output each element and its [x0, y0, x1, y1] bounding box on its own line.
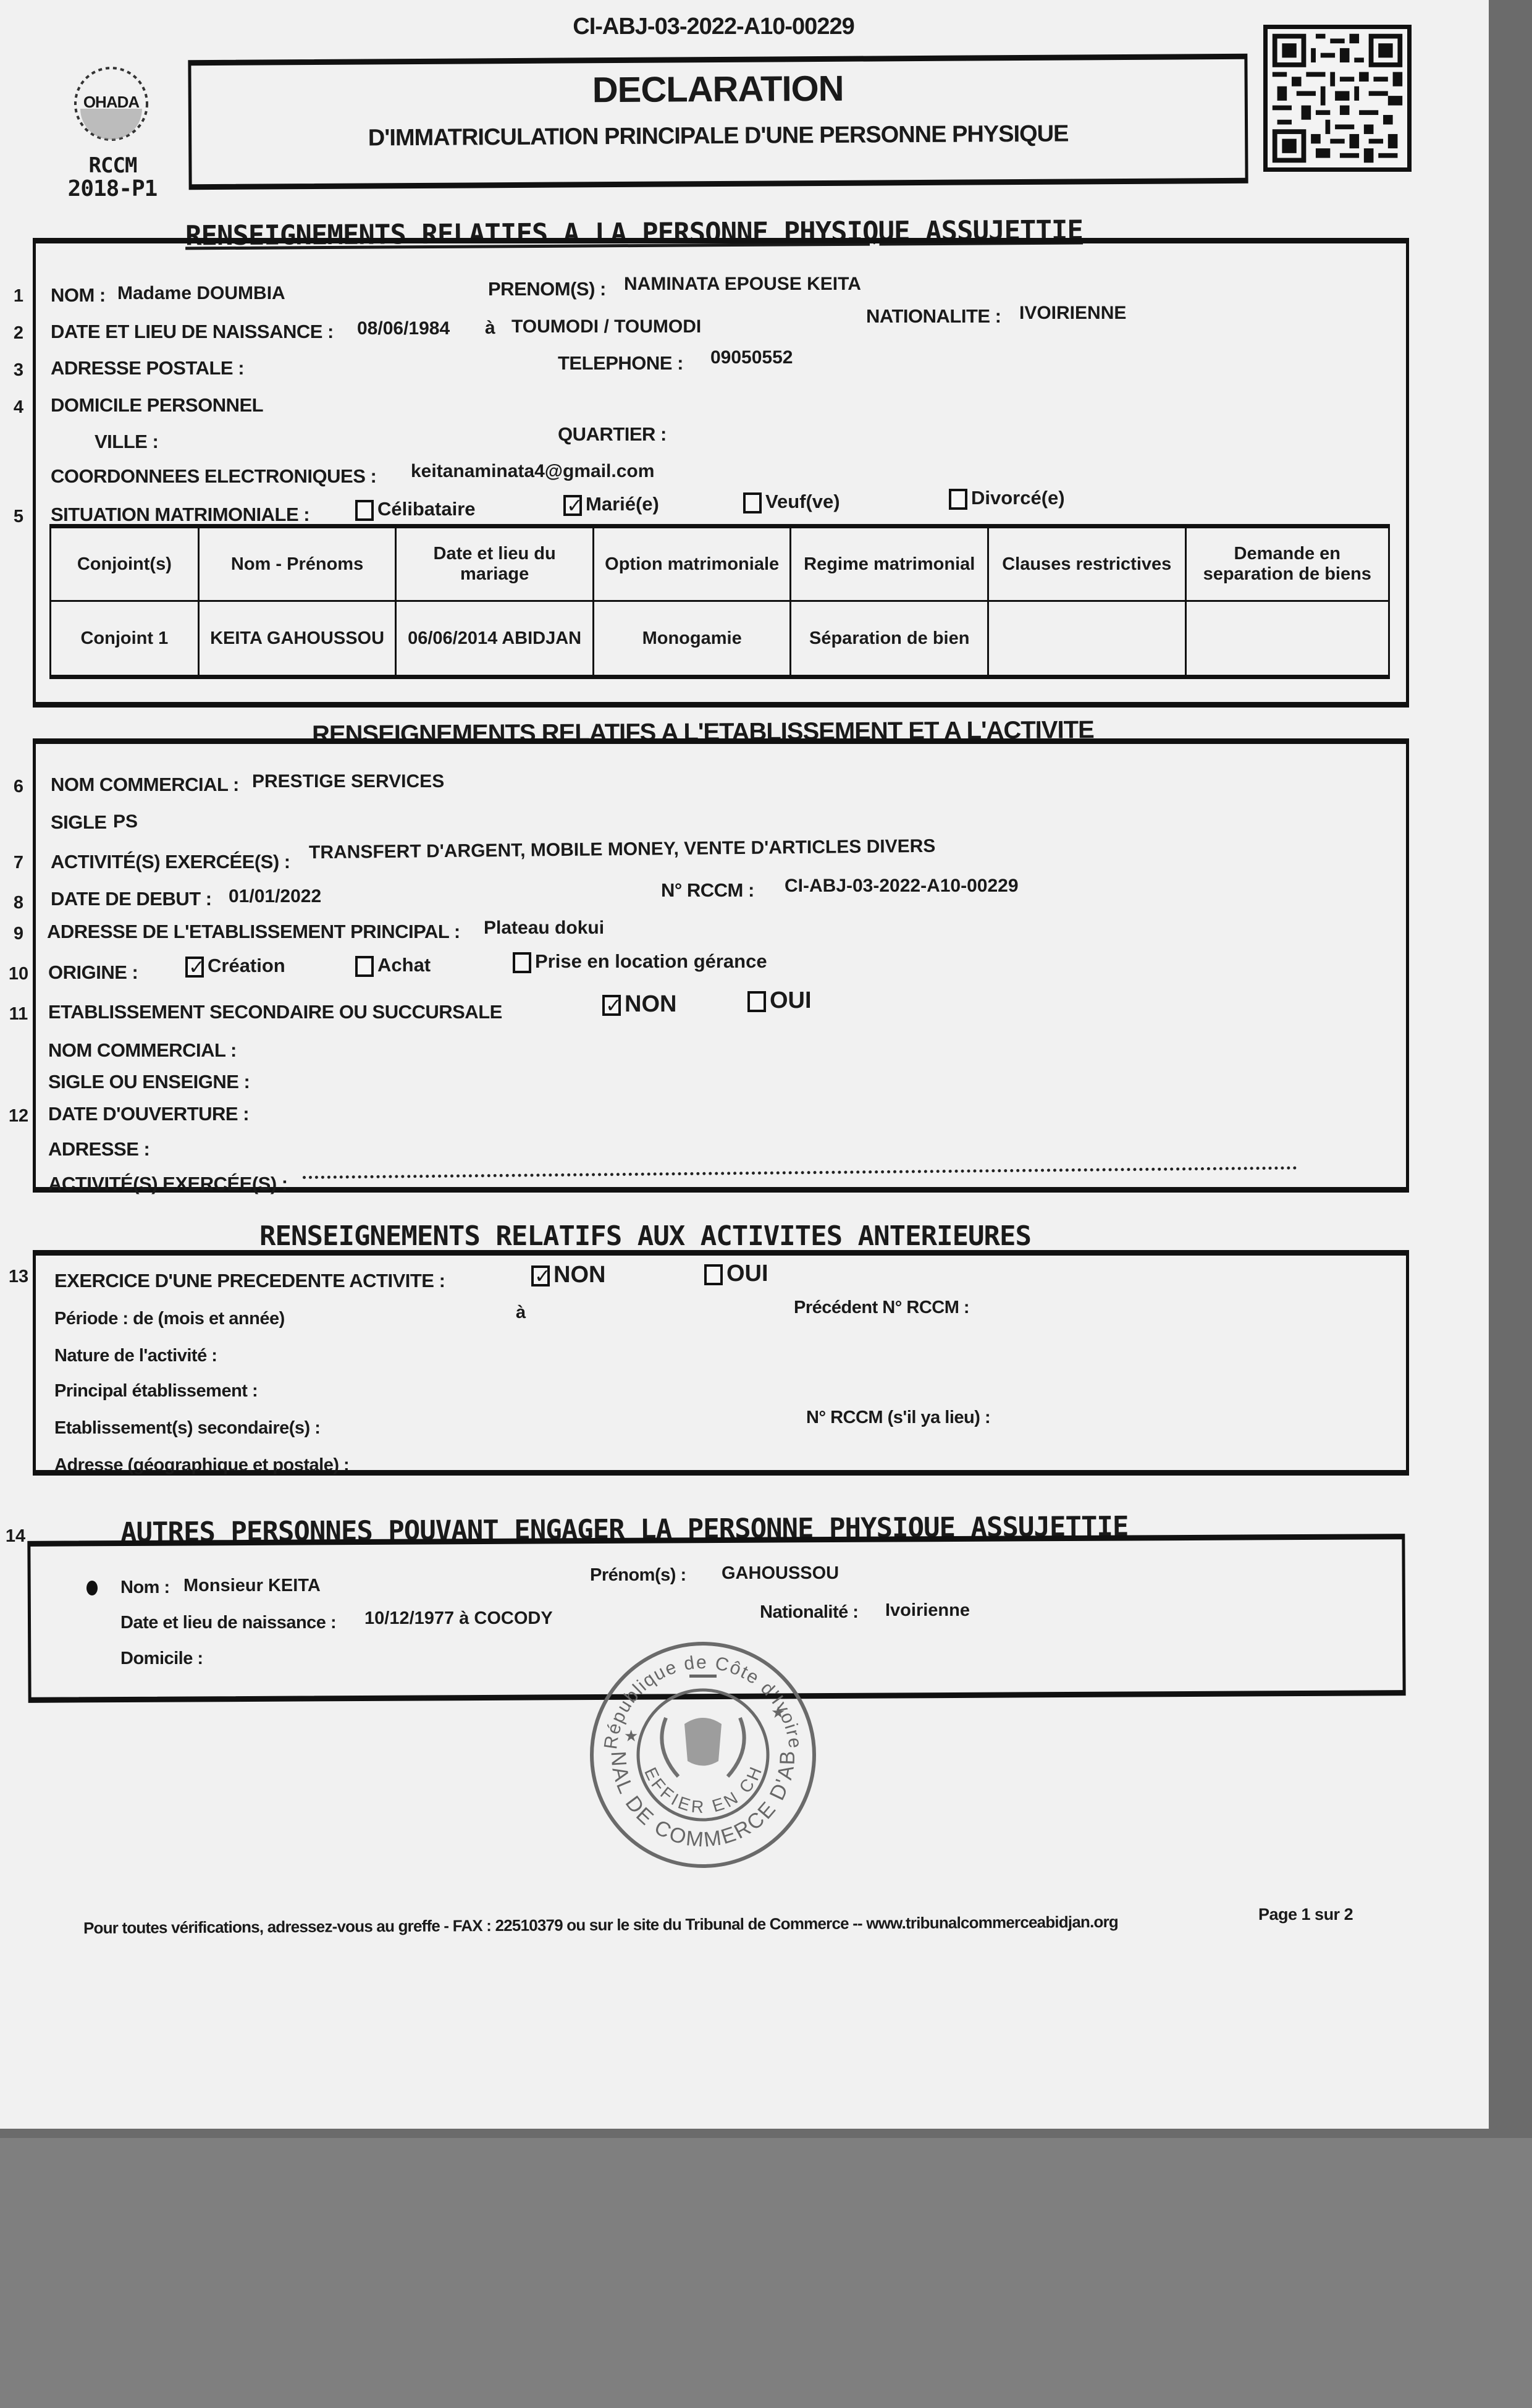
- sec-date-ouverture-label: DATE D'OUVERTURE :: [48, 1103, 249, 1125]
- precedent-rccm-label: Précédent N° RCCM :: [794, 1298, 969, 1318]
- stamp-seal-icon: République de Côte d'Ivoire TRIBUNAL DE …: [586, 1637, 820, 1872]
- form-code-version: 2018-P1: [44, 176, 180, 201]
- line-number-1: 1: [6, 286, 31, 306]
- sigle-value: PS: [113, 811, 138, 832]
- naissance-a: à: [485, 318, 495, 339]
- svg-text:★: ★: [771, 1703, 785, 1722]
- origine-option-creation[interactable]: Création: [185, 955, 285, 978]
- exercice-oui-label: OUI: [726, 1261, 768, 1286]
- autre-nationalite-value: Ivoirienne: [885, 1600, 970, 1621]
- title-box: DECLARATION D'IMMATRICULATION PRINCIPALE…: [188, 54, 1248, 190]
- conjoints-table: Conjoint(s) Nom - Prénoms Date et lieu d…: [49, 524, 1390, 679]
- cell-conjoint: Conjoint 1: [51, 601, 199, 677]
- form-code-rccm: RCCM: [68, 153, 158, 178]
- line-number-13: 13: [6, 1267, 31, 1287]
- qr-code-icon: [1263, 25, 1412, 172]
- divorce-label: Divorcé(e): [971, 487, 1065, 509]
- checkbox-exercice-oui[interactable]: [704, 1264, 723, 1285]
- checkbox-exercice-non[interactable]: [531, 1265, 550, 1286]
- rccm-number-top: CI-ABJ-03-2022-A10-00229: [0, 14, 1427, 40]
- checkbox-divorce[interactable]: [949, 489, 967, 510]
- col-clauses-restrictives: Clauses restrictives: [988, 526, 1186, 601]
- cell-clauses: [988, 601, 1186, 677]
- col-regime-matrimonial: Regime matrimonial: [791, 526, 988, 601]
- table-row: Conjoint 1 KEITA GAHOUSSOU 06/06/2014 AB…: [51, 601, 1389, 677]
- autre-nom-label: Nom :: [120, 1578, 170, 1598]
- telephone-label: TELEPHONE :: [558, 352, 683, 374]
- checkbox-secondaire-oui[interactable]: [747, 991, 766, 1012]
- sec-sigle-label: SIGLE OU ENSEIGNE :: [48, 1071, 250, 1093]
- nom-commercial-value: PRESTIGE SERVICES: [252, 771, 444, 792]
- situation-option-veuf[interactable]: Veuf(ve): [743, 491, 840, 513]
- line-number-11: 11: [6, 1004, 31, 1024]
- autre-domicile-label: Domicile :: [120, 1649, 203, 1669]
- line-number-8: 8: [6, 893, 31, 913]
- official-stamp: République de Côte d'Ivoire TRIBUNAL DE …: [586, 1637, 820, 1872]
- naissance-label: DATE ET LIEU DE NAISSANCE :: [51, 321, 334, 343]
- document-page: CI-ABJ-03-2022-A10-00229 OHADA RCCM 2018…: [0, 0, 1489, 2129]
- secondaire-option-non[interactable]: NON: [602, 991, 676, 1018]
- adresse-anterieure-label: Adresse (géographique et postale) :: [54, 1455, 349, 1476]
- cell-nom-prenoms: KEITA GAHOUSSOU: [198, 601, 396, 677]
- domicile-label: DOMICILE PERSONNEL: [51, 394, 263, 416]
- secondaire-option-oui[interactable]: OUI: [747, 987, 812, 1014]
- line-number-14: 14: [3, 1526, 28, 1547]
- nom-label: NOM :: [51, 284, 106, 306]
- cell-option: Monogamie: [593, 601, 791, 677]
- page-number: Page 1 sur 2: [1258, 1905, 1353, 1924]
- naissance-date: 08/06/1984: [357, 318, 450, 339]
- checkbox-location-gerance[interactable]: [513, 952, 531, 973]
- secondaire-label: ETABLISSEMENT SECONDAIRE OU SUCCURSALE: [48, 1001, 502, 1023]
- sec-activites-label: ACTIVITÉ(S) EXERCÉE(S) :: [48, 1173, 288, 1195]
- date-debut-value: 01/01/2022: [229, 886, 321, 907]
- checkbox-secondaire-non[interactable]: [602, 995, 621, 1016]
- line-number-7: 7: [6, 853, 31, 873]
- autre-nom-value: Monsieur KEITA: [183, 1576, 321, 1596]
- footer-note: Pour toutes vérifications, adressez-vous…: [83, 1912, 1118, 1938]
- situation-label: SITUATION MATRIMONIALE :: [51, 504, 309, 526]
- line-number-10: 10: [6, 964, 31, 984]
- line-number-6: 6: [6, 777, 31, 797]
- checkbox-achat[interactable]: [355, 956, 374, 977]
- cell-date-lieu: 06/06/2014 ABIDJAN: [396, 601, 593, 677]
- rccm-value: CI-ABJ-03-2022-A10-00229: [785, 876, 1019, 897]
- col-nom-prenoms: Nom - Prénoms: [198, 526, 396, 601]
- rccm-label: N° RCCM :: [661, 879, 754, 902]
- line-number-3: 3: [6, 360, 31, 381]
- section-anterieures-heading: RENSEIGNEMENTS RELATIFS AUX ACTIVITES AN…: [259, 1220, 1031, 1252]
- line-number-12: 12: [6, 1106, 31, 1126]
- prenom-value: NAMINATA EPOUSE KEITA: [624, 274, 861, 295]
- col-option-matrimoniale: Option matrimoniale: [593, 526, 791, 601]
- situation-option-marie[interactable]: Marié(e): [563, 493, 659, 516]
- veuf-label: Veuf(ve): [765, 491, 840, 512]
- creation-label: Création: [208, 955, 285, 976]
- secondaires-label: Etablissement(s) secondaire(s) :: [54, 1418, 320, 1438]
- sigle-label: SIGLE: [51, 811, 107, 834]
- periode-label: Période : de (mois et année): [54, 1309, 285, 1329]
- svg-text:★: ★: [624, 1726, 638, 1745]
- date-debut-label: DATE DE DEBUT :: [51, 888, 212, 910]
- page-title: DECLARATION: [191, 65, 1244, 113]
- secondaire-non-label: NON: [625, 991, 676, 1017]
- autre-naissance-label: Date et lieu de naissance :: [120, 1613, 336, 1633]
- col-date-lieu-mariage: Date et lieu du mariage: [396, 526, 593, 601]
- nationalite-label: NATIONALITE :: [866, 305, 1001, 327]
- marie-label: Marié(e): [586, 493, 659, 515]
- table-header-row: Conjoint(s) Nom - Prénoms Date et lieu d…: [51, 526, 1389, 601]
- location-gerance-label: Prise en location gérance: [535, 950, 767, 972]
- origine-option-location-gerance[interactable]: Prise en location gérance: [513, 950, 767, 973]
- coordonnees-label: COORDONNEES ELECTRONIQUES :: [51, 465, 376, 488]
- prenom-label: PRENOM(S) :: [488, 278, 606, 300]
- origine-label: ORIGINE :: [48, 961, 138, 984]
- achat-label: Achat: [377, 954, 431, 976]
- rccm-lieu-label: N° RCCM (s'il ya lieu) :: [806, 1408, 990, 1428]
- adresse-postale-label: ADRESSE POSTALE :: [51, 357, 244, 379]
- ohada-logo: OHADA: [68, 61, 154, 147]
- sec-nom-commercial-label: NOM COMMERCIAL :: [48, 1039, 237, 1062]
- page-subtitle: D'IMMATRICULATION PRINCIPALE D'UNE PERSO…: [192, 120, 1245, 153]
- col-conjoints: Conjoint(s): [51, 526, 199, 601]
- cell-regime: Séparation de bien: [791, 601, 988, 677]
- secondaire-oui-label: OUI: [770, 987, 812, 1013]
- autre-nationalite-label: Nationalité :: [760, 1602, 858, 1623]
- scanner-border-right: [1489, 0, 1532, 2138]
- autre-naissance-value: 10/12/1977 à COCODY: [364, 1608, 553, 1629]
- exercice-option-non[interactable]: NON: [531, 1262, 605, 1288]
- celibataire-label: Célibataire: [377, 498, 476, 520]
- line-number-2: 2: [6, 323, 31, 344]
- nom-value: Madame DOUMBIA: [117, 283, 285, 304]
- ville-label: VILLE :: [95, 431, 158, 453]
- ohada-logo-text: OHADA: [74, 93, 148, 112]
- checkbox-celibataire[interactable]: [355, 500, 374, 521]
- telephone-value: 09050552: [710, 347, 793, 368]
- activites-label: ACTIVITÉ(S) EXERCÉE(S) :: [51, 851, 290, 873]
- line-number-4: 4: [6, 397, 31, 418]
- nationalite-value: IVOIRIENNE: [1019, 303, 1126, 324]
- checkbox-veuf[interactable]: [743, 492, 762, 513]
- exercice-non-label: NON: [553, 1262, 605, 1288]
- adresse-principal-label: ADRESSE DE L'ETABLISSEMENT PRINCIPAL :: [47, 921, 460, 943]
- principal-label: Principal établissement :: [54, 1381, 258, 1401]
- cell-separation: [1185, 601, 1389, 677]
- situation-option-divorce[interactable]: Divorcé(e): [949, 487, 1065, 510]
- adresse-principal-value: Plateau dokui: [484, 918, 604, 939]
- scanner-border-bottom: [0, 2129, 1532, 2138]
- naissance-lieu: TOUMODI / TOUMODI: [511, 316, 701, 337]
- autre-prenom-value: GAHOUSSOU: [722, 1563, 839, 1584]
- periode-a: à: [516, 1303, 526, 1323]
- checkbox-marie[interactable]: [563, 495, 582, 516]
- line-number-9: 9: [6, 924, 31, 944]
- checkbox-creation[interactable]: [185, 957, 204, 978]
- origine-option-achat[interactable]: Achat: [355, 954, 431, 977]
- col-separation-biens: Demande en separation de biens: [1185, 526, 1389, 601]
- exercice-option-oui[interactable]: OUI: [704, 1261, 768, 1287]
- bullet-icon: [86, 1581, 98, 1595]
- exercice-label: EXERCICE D'UNE PRECEDENTE ACTIVITE :: [54, 1270, 445, 1292]
- sec-adresse-label: ADRESSE :: [48, 1138, 149, 1160]
- coordonnees-value: keitanaminata4@gmail.com: [411, 461, 654, 482]
- line-number-5: 5: [6, 507, 31, 527]
- quartier-label: QUARTIER :: [558, 423, 667, 446]
- nom-commercial-label: NOM COMMERCIAL :: [51, 774, 239, 796]
- autre-prenom-label: Prénom(s) :: [590, 1565, 686, 1586]
- situation-option-celibataire[interactable]: Célibataire: [355, 498, 476, 521]
- nature-label: Nature de l'activité :: [54, 1346, 217, 1366]
